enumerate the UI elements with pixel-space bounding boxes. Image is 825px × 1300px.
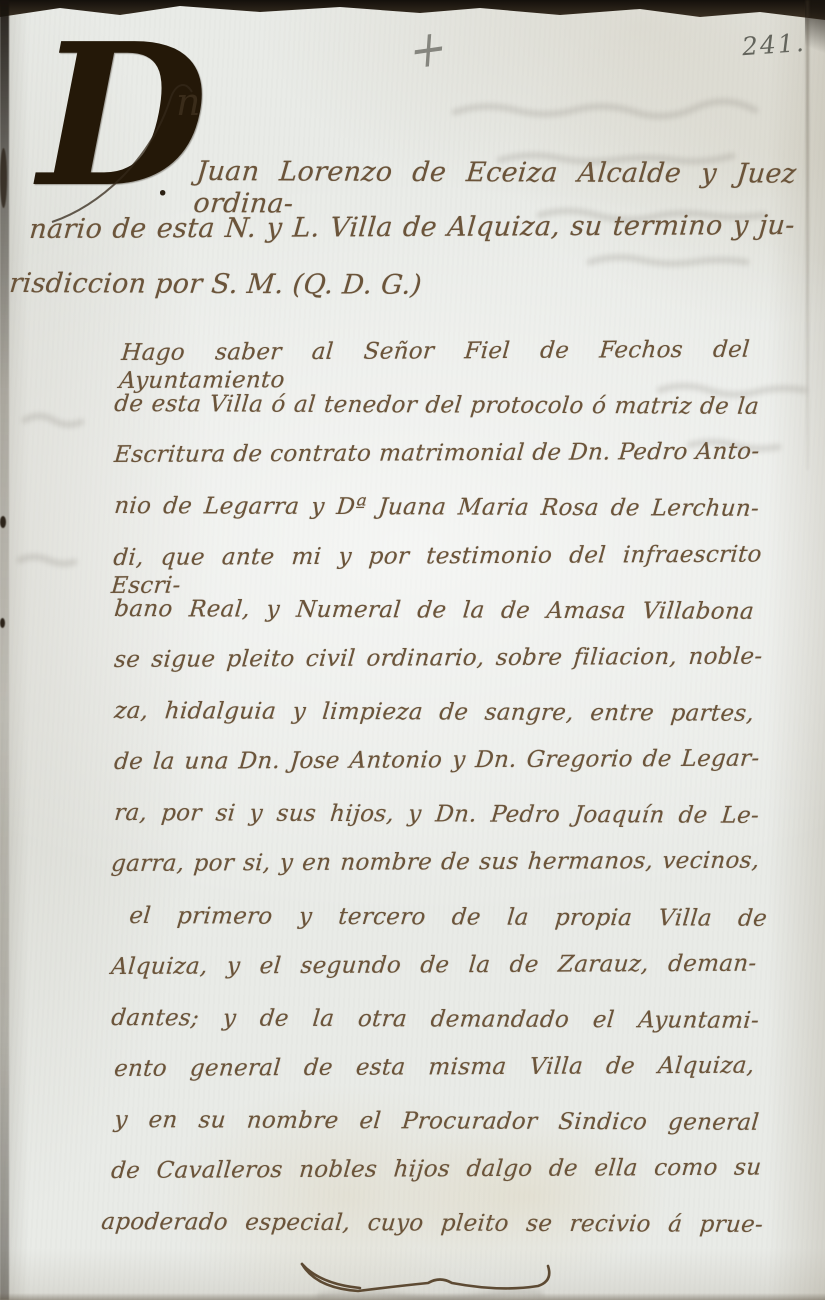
- manuscript-page: + 241. D n . Juan Lorenzo de Eceiza Alca…: [0, 0, 825, 1300]
- closing-flourish: [0, 0, 825, 1300]
